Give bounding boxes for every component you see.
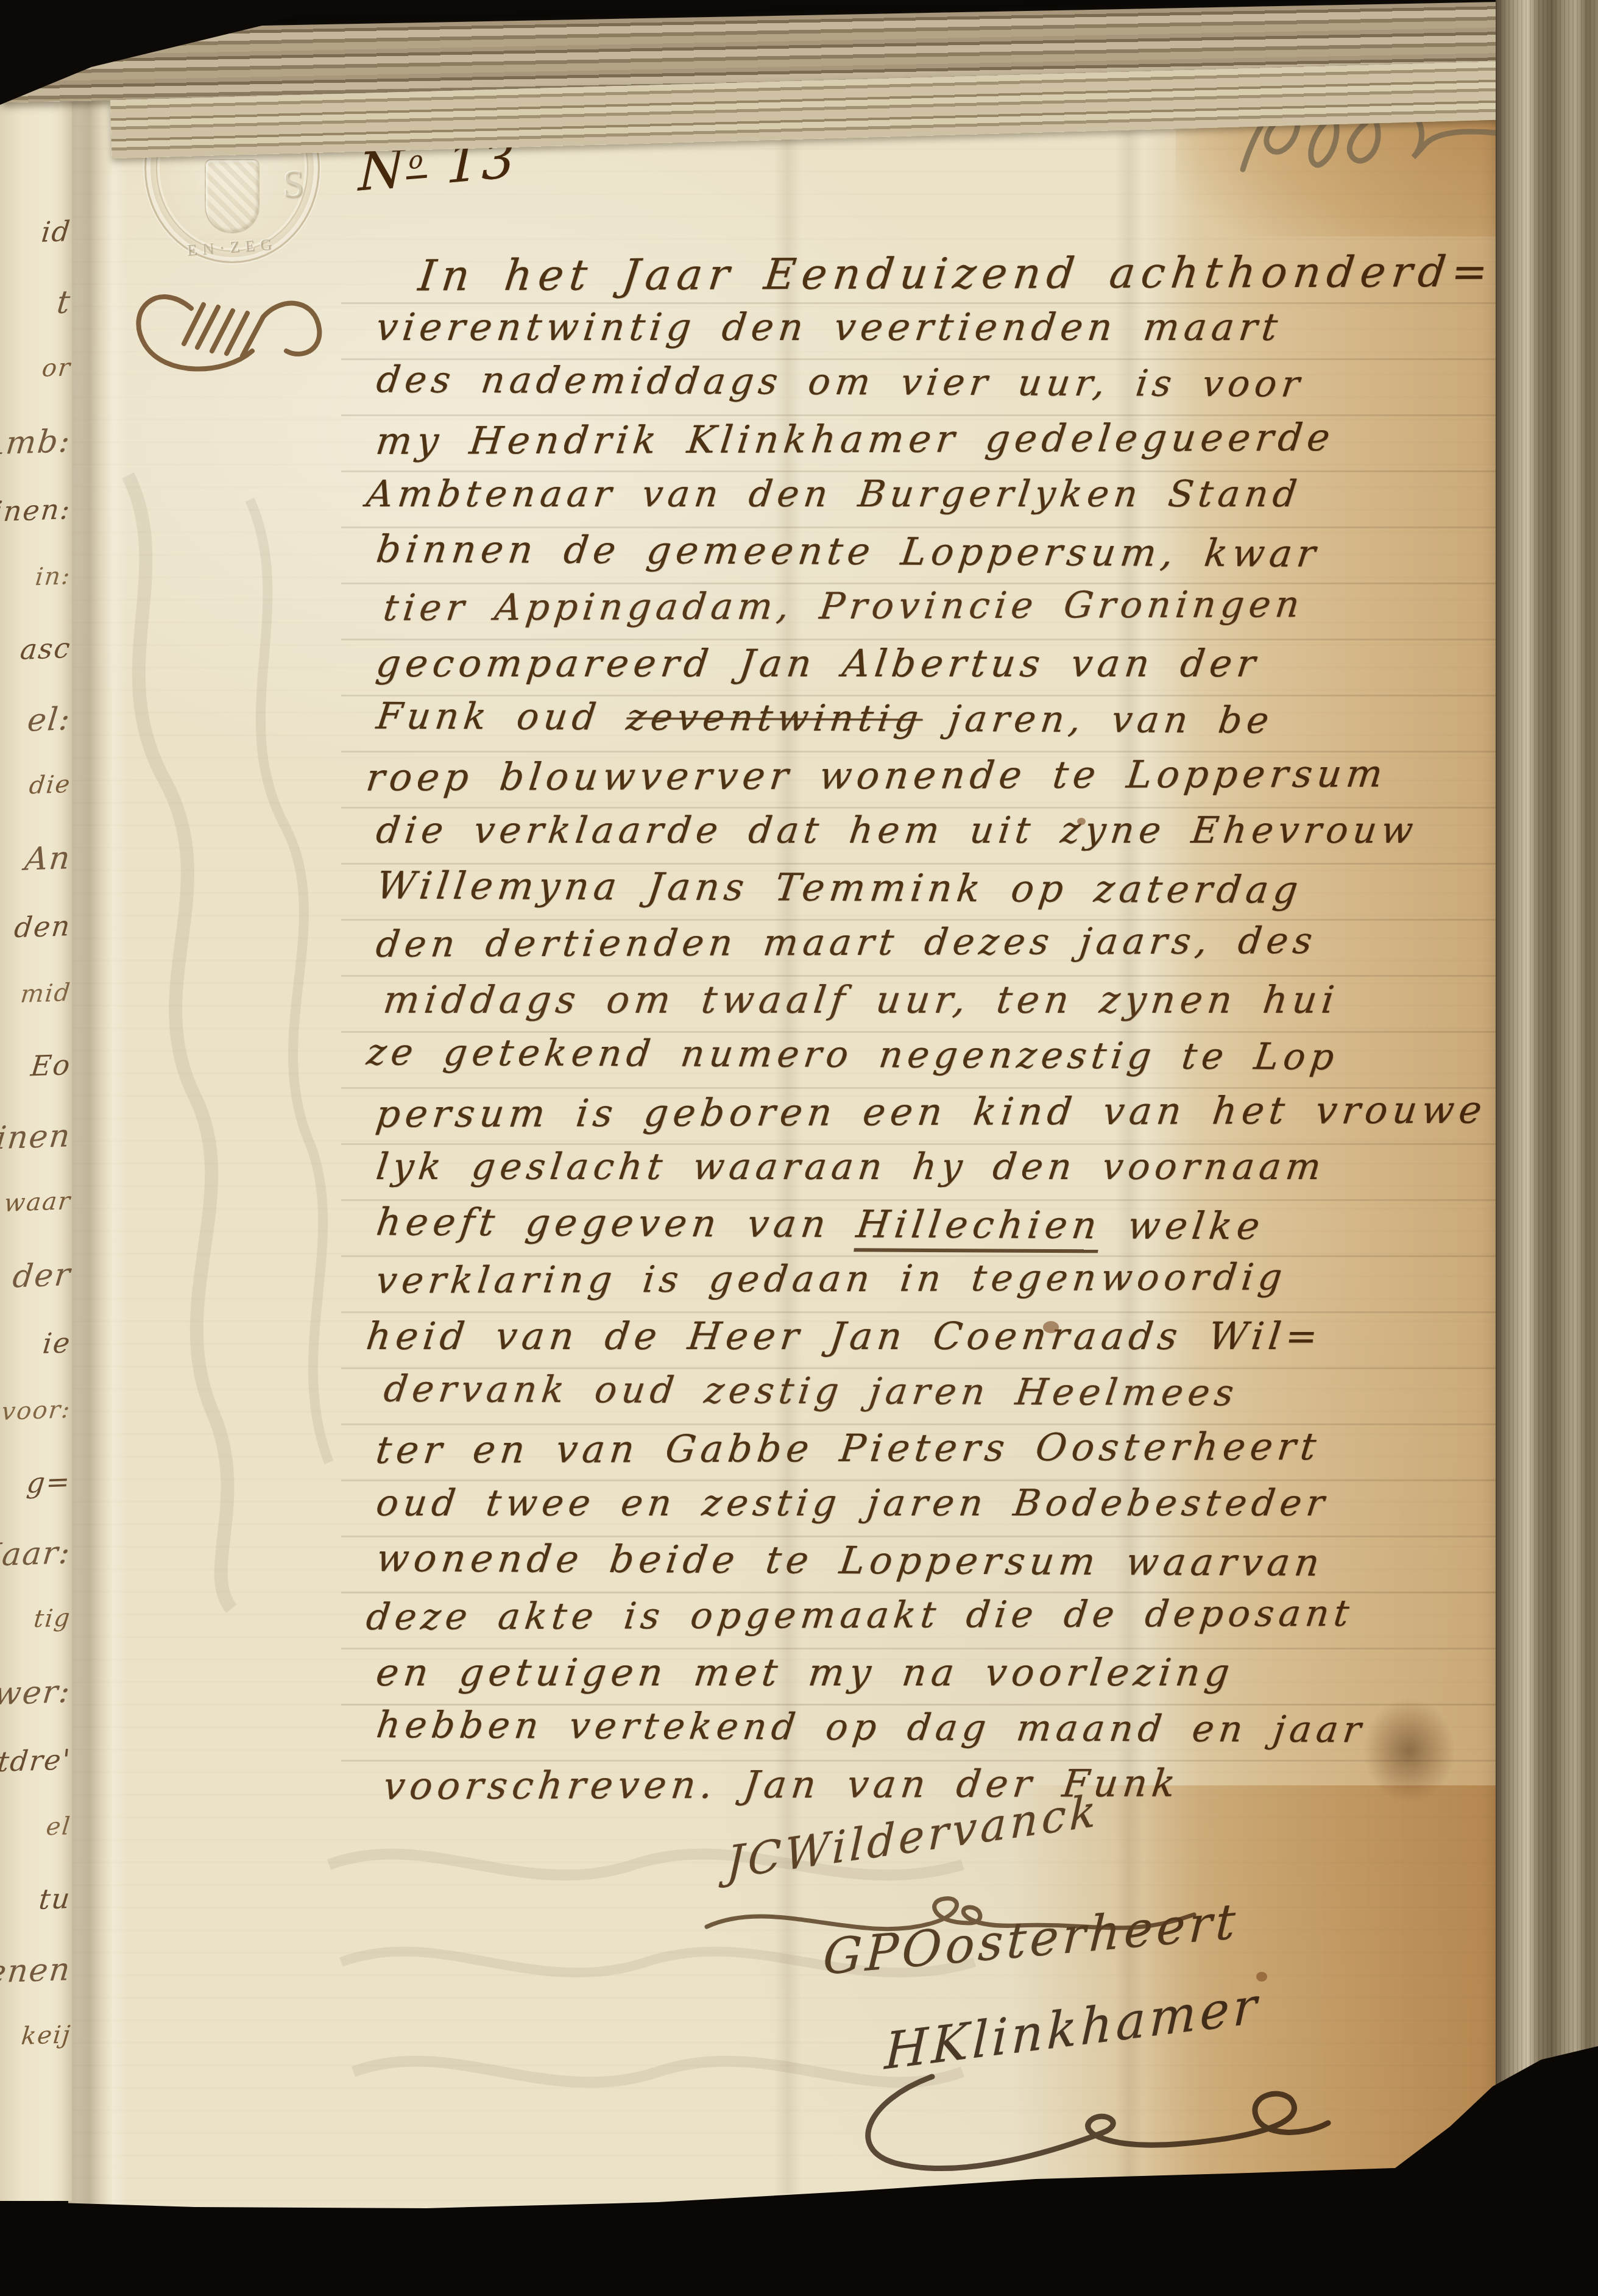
ink-blot (1043, 1321, 1059, 1333)
manuscript-line: heeft gegeven van Hillechien welke (374, 1199, 1267, 1248)
manuscript-line: Funk oud zeventwintig jaren, van be (374, 695, 1276, 742)
ink-speck (1256, 1972, 1267, 1982)
scanned-register-page: idtorAmb:inen:in:ascel:dieAndenmidEoinen… (0, 0, 1598, 2296)
book-fore-edge (1496, 0, 1598, 2296)
manuscript-line: gecompareerd Jan Albertus van der (374, 641, 1263, 686)
stain-blot (1363, 1699, 1455, 1802)
ink-speck (1077, 818, 1086, 825)
manuscript-line: en getuigen met my na voorlezing (374, 1650, 1237, 1695)
manuscript-line: dervank oud zestig jaren Heelmees (381, 1368, 1241, 1415)
